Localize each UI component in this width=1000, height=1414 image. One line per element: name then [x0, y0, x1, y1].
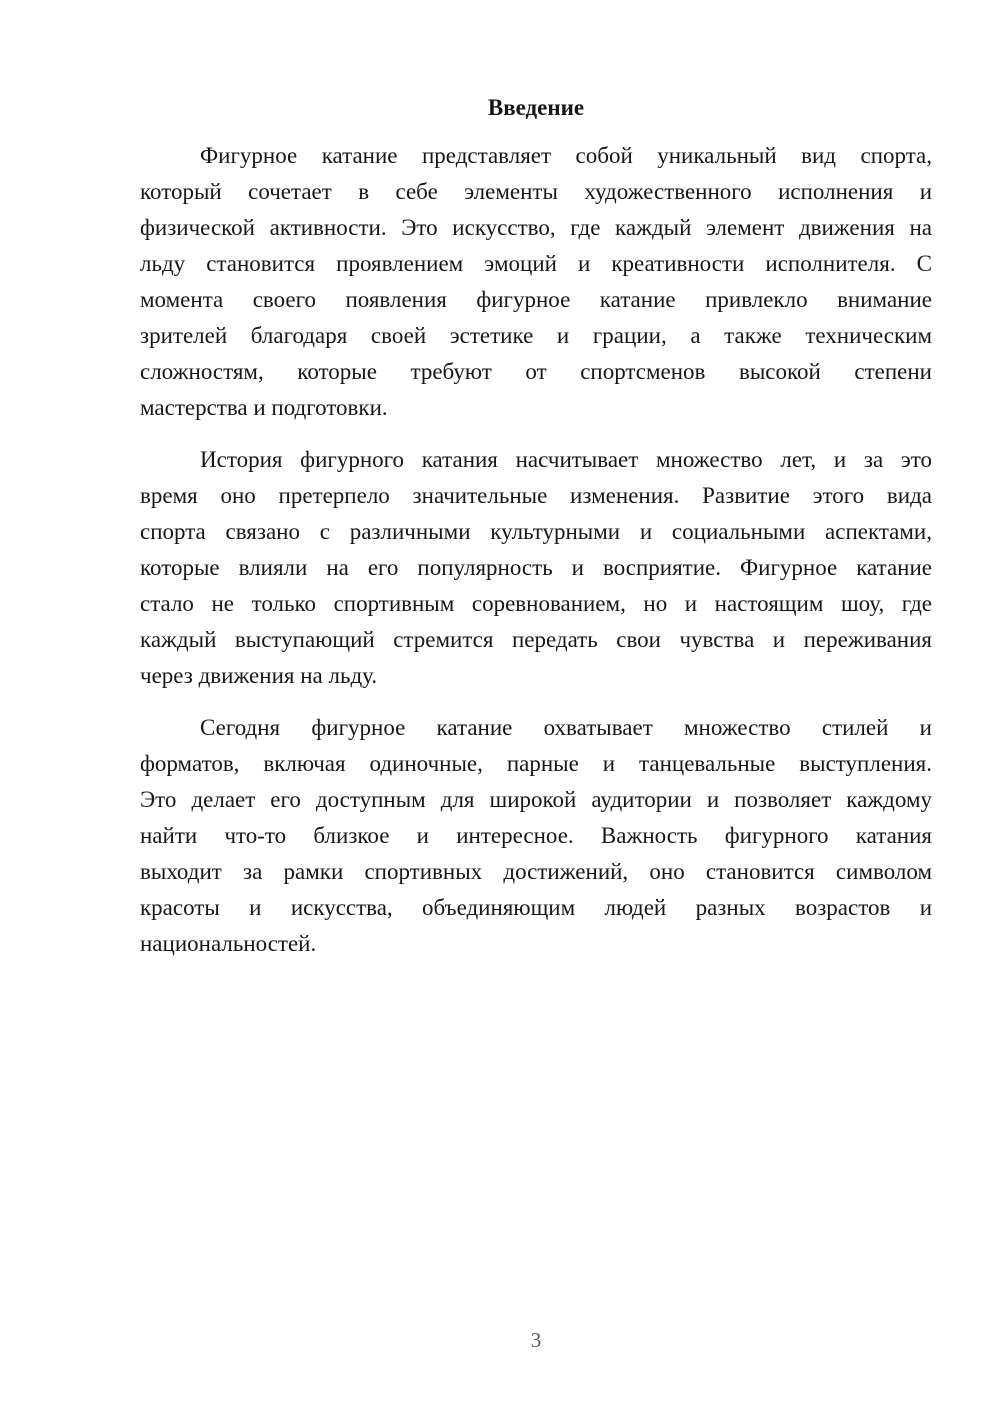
paragraph-line: которые влияли на его популярность и вос…: [140, 550, 932, 586]
paragraph-line: время оно претерпело значительные измене…: [140, 478, 932, 514]
page-title: Введение: [140, 90, 932, 126]
paragraph-line: спорта связано с различными культурными …: [140, 514, 932, 550]
paragraph-line: форматов, включая одиночные, парные и та…: [140, 746, 932, 782]
paragraph-line: льду становится проявлением эмоций и кре…: [140, 246, 932, 282]
paragraph-line: национальностей.: [140, 926, 932, 962]
document-body: Введение Фигурное катание представляет с…: [0, 0, 1000, 962]
paragraph-line: стало не только спортивным соревнованием…: [140, 586, 932, 622]
paragraph-3: Сегодня фигурное катание охватывает множ…: [140, 710, 932, 962]
paragraph-1: Фигурное катание представляет собой уник…: [140, 138, 932, 426]
paragraph-line: каждый выступающий стремится передать св…: [140, 622, 932, 658]
paragraph-line: через движения на льду.: [140, 658, 932, 694]
page-number: 3: [140, 1324, 932, 1356]
paragraph-line: Сегодня фигурное катание охватывает множ…: [140, 710, 932, 746]
paragraph-line: красоты и искусства, объединяющим людей …: [140, 890, 932, 926]
paragraph-line: сложностям, которые требуют от спортсмен…: [140, 354, 932, 390]
paragraph-line: момента своего появления фигурное катани…: [140, 282, 932, 318]
paragraph-line: физической активности. Это искусство, гд…: [140, 210, 932, 246]
paragraph-2: История фигурного катания насчитывает мн…: [140, 442, 932, 694]
paragraph-line: мастерства и подготовки.: [140, 390, 932, 426]
document-page: Введение Фигурное катание представляет с…: [0, 0, 1000, 1414]
paragraph-line: Это делает его доступным для широкой ауд…: [140, 782, 932, 818]
paragraph-line: История фигурного катания насчитывает мн…: [140, 442, 932, 478]
paragraph-line: зрителей благодаря своей эстетике и грац…: [140, 318, 932, 354]
paragraph-line: Фигурное катание представляет собой уник…: [140, 138, 932, 174]
paragraph-line: который сочетает в себе элементы художес…: [140, 174, 932, 210]
paragraph-line: выходит за рамки спортивных достижений, …: [140, 854, 932, 890]
paragraph-line: найти что-то близкое и интересное. Важно…: [140, 818, 932, 854]
